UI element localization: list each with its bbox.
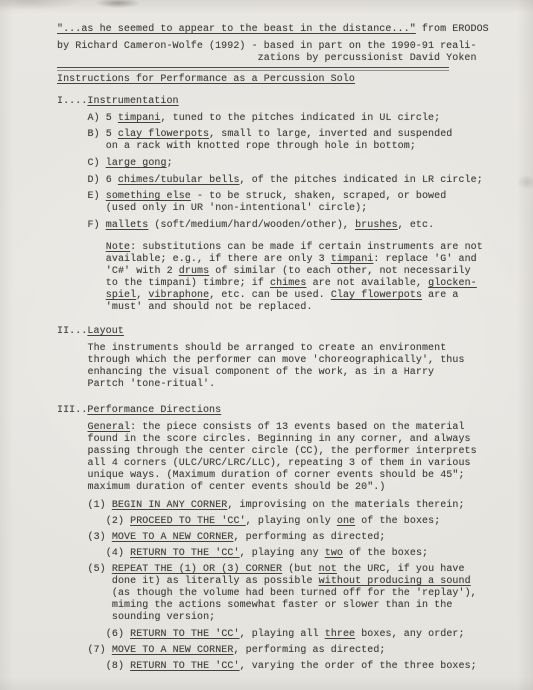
- general-paragraph-line-2: found in the score circles. Beginning in…: [57, 434, 533, 446]
- direction-1: (1) BEGIN IN ANY CORNER, improvising on …: [57, 500, 533, 512]
- byline-line-2: zations by percussionist David Yoken: [57, 53, 533, 65]
- general-paragraph-line-6: maximum duration of center events should…: [57, 482, 533, 494]
- direction-5-continuation-1: done it) as literally as possible withou…: [57, 576, 533, 588]
- item-c: C) large gong;: [57, 158, 533, 170]
- direction-3: (3) MOVE TO A NEW CORNER, performing as …: [57, 532, 533, 544]
- document-title: "...as he seemed to appear to the beast …: [57, 24, 533, 36]
- direction-4: (4) RETURN TO THE 'CC', playing any two …: [57, 548, 533, 560]
- item-a: A) 5 timpani, tuned to the pitches indic…: [57, 113, 533, 125]
- direction-5-continuation-3: miming the actions somewhat faster or sl…: [57, 600, 533, 612]
- note-line-1: Note: substitutions can be made if certa…: [57, 242, 533, 254]
- note-line-4: to the timpani) timbre; if chimes are no…: [57, 278, 533, 290]
- item-e: E) something else - to be struck, shaken…: [57, 191, 533, 203]
- separator-rule: [57, 67, 533, 71]
- separator-rule-mark: [57, 67, 449, 71]
- direction-5-continuation-2: (as though the volume had been turned of…: [57, 588, 533, 600]
- direction-6: (6) RETURN TO THE 'CC', playing all thre…: [57, 629, 533, 641]
- item-b: B) 5 clay flowerpots, small to large, in…: [57, 129, 533, 141]
- item-e-continuation: (used only in UR 'non-intentional' circl…: [57, 203, 533, 215]
- direction-7: (7) MOVE TO A NEW CORNER, performing as …: [57, 645, 533, 657]
- note-line-6: 'must' and should not be replaced.: [57, 302, 533, 314]
- document-body: "...as he seemed to appear to the beast …: [57, 24, 533, 673]
- layout-paragraph-line-2: through which the performer can move 'ch…: [57, 355, 533, 367]
- direction-2: (2) PROCEED TO THE 'CC', playing only on…: [57, 516, 533, 528]
- item-f: F) mallets (soft/medium/hard/wooden/othe…: [57, 220, 533, 232]
- direction-5-continuation-4: sounding version;: [57, 612, 533, 624]
- general-paragraph-line-4: all 4 corners (ULC/URC/LRC/LLC), repeati…: [57, 458, 533, 470]
- general-paragraph-line-5: unique ways. (Maximum duration of corner…: [57, 470, 533, 482]
- scanned-document-page: "...as he seemed to appear to the beast …: [0, 0, 533, 690]
- note-line-3: 'C#' with 2 drums of similar (to each ot…: [57, 266, 533, 278]
- section-heading-layout: II...Layout: [57, 326, 533, 338]
- layout-paragraph-line-1: The instruments should be arranged to cr…: [57, 343, 533, 355]
- layout-paragraph-line-4: Partch 'tone-ritual'.: [57, 379, 533, 391]
- byline-line-1: by Richard Cameron-Wolfe (1992) - based …: [57, 41, 533, 53]
- general-paragraph-line-3: passing through the center circle (CC), …: [57, 446, 533, 458]
- item-b-continuation: on a rack with knotted rope through hole…: [57, 141, 533, 153]
- layout-paragraph-line-3: enhancing the visual component of the wo…: [57, 367, 533, 379]
- direction-8: (8) RETURN TO THE 'CC', varying the orde…: [57, 661, 533, 673]
- section-heading-performance-directions: III..Performance Directions: [57, 405, 533, 417]
- note-line-2: available; e.g., if there are only 3 tim…: [57, 254, 533, 266]
- general-paragraph-line-1: General: the piece consists of 13 events…: [57, 422, 533, 434]
- item-d: D) 6 chimes/tubular bells, of the pitche…: [57, 175, 533, 187]
- section-heading-instrumentation: I....Instrumentation: [57, 96, 533, 108]
- note-line-5: spiel, vibraphone, etc. can be used. Cla…: [57, 290, 533, 302]
- direction-5: (5) REPEAT THE (1) OR (3) CORNER (but no…: [57, 564, 533, 576]
- document-subtitle: Instructions for Performance as a Percus…: [57, 74, 533, 86]
